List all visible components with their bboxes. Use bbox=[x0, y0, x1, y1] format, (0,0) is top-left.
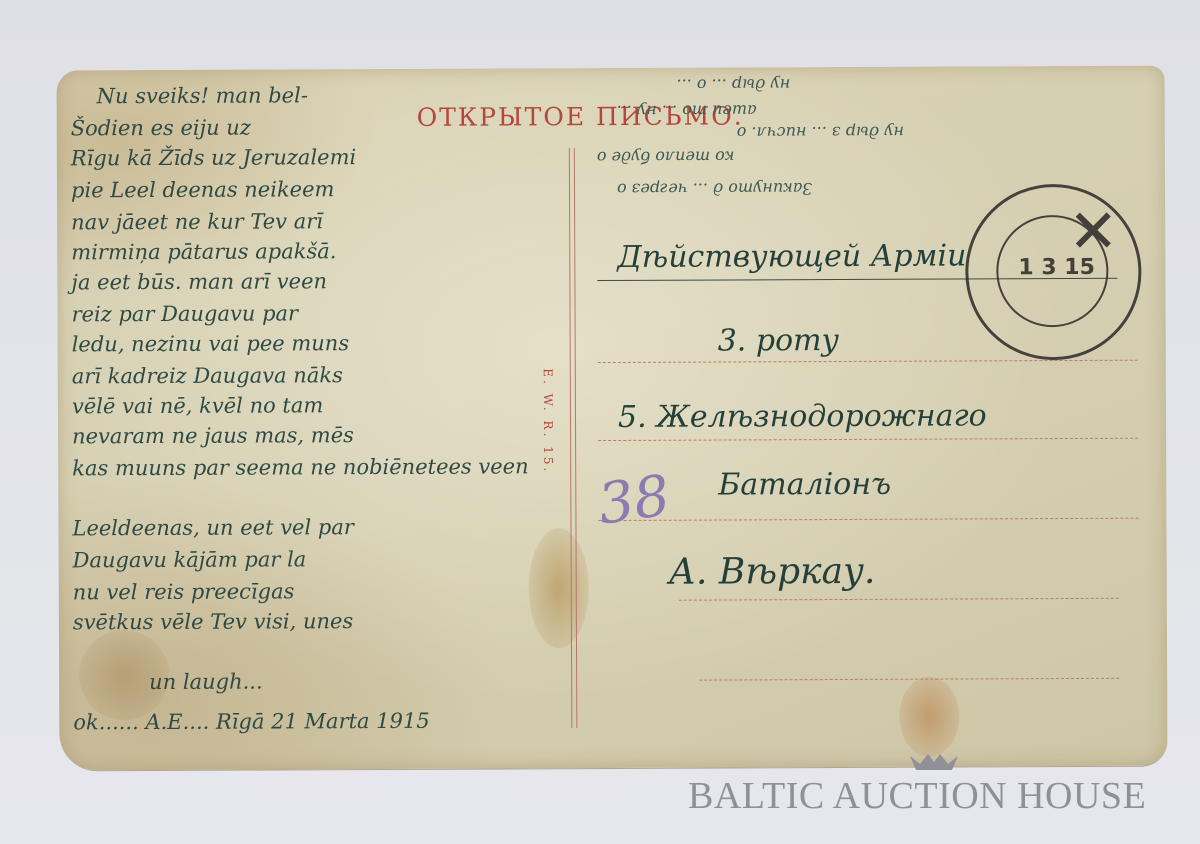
address-rule bbox=[699, 678, 1119, 681]
upside-down-line: ко тепло буде о bbox=[597, 147, 735, 167]
upside-down-line: Закинуто д ... чегрез о bbox=[617, 179, 812, 199]
crown-icon bbox=[908, 752, 960, 772]
message-line: vēlē vai nē, kvēl no tam bbox=[72, 393, 323, 418]
message-line: Leeldeenas, un eet vel par bbox=[72, 515, 353, 540]
message-line: Daugavu kājām par la bbox=[73, 547, 307, 572]
message-line: Šodien es eiju uz bbox=[71, 116, 251, 141]
pencil-annotation: 38 bbox=[594, 463, 674, 538]
message-line: ledu, nezinu vai pee muns bbox=[72, 331, 350, 356]
message-line: arī kadreiz Daugava nāks bbox=[72, 363, 343, 388]
watermark-text: BALTIC AUCTION HOUSE bbox=[688, 774, 1146, 818]
message-line: reiz par Daugavu par bbox=[71, 301, 298, 326]
message-line: nav jāeet ne kur Tev arī bbox=[71, 209, 323, 234]
postmark-stamp: ✕ 1 3 15 bbox=[965, 184, 1142, 361]
upside-down-line: ашеи то ... ну ... bbox=[617, 101, 757, 121]
message-line: svētkus vēle Tev visi, unes bbox=[73, 609, 353, 634]
address-line-3: 5. Желѣзнодорожнаго bbox=[618, 398, 987, 435]
address-line-2: 3. роту bbox=[718, 323, 839, 359]
address-line-5: А. Вѣркау. bbox=[669, 551, 876, 593]
address-rule bbox=[598, 360, 1138, 363]
address-rule bbox=[679, 598, 1119, 601]
message-line: ja eet būs. man arī veen bbox=[71, 269, 327, 294]
address-rule bbox=[598, 438, 1138, 441]
signature-line: ok...... A.E.... Rīgā 21 Marta 1915 bbox=[73, 709, 429, 735]
center-divider bbox=[569, 148, 578, 728]
message-line: nevaram ne jaus mas, mēs bbox=[72, 423, 354, 448]
address-line-1: Дѣйствующей Арміи bbox=[617, 238, 966, 275]
address-line-4: Баталіонъ bbox=[718, 467, 891, 503]
message-line: pie Leel deenas neikeem bbox=[71, 177, 335, 202]
upside-down-line: ну дыр ... о ... bbox=[677, 75, 791, 94]
message-line: Rīgu kā Žīds uz Jeruzalemi bbox=[71, 145, 356, 170]
message-line: un laugh... bbox=[149, 670, 263, 694]
rust-stain bbox=[899, 676, 959, 756]
message-line: mirmiņa pātarus apakšā. bbox=[71, 239, 336, 264]
address-rule bbox=[598, 518, 1138, 521]
printer-mark: E. W. R. 15. bbox=[541, 368, 555, 474]
postcard: ОТКРЫТОЕ ПИСЬМО. E. W. R. 15. Nu sveiks!… bbox=[56, 66, 1167, 771]
message-line: kas muuns par seema ne nobiēnetees veen bbox=[72, 454, 528, 480]
water-stain bbox=[528, 528, 589, 648]
upside-down-line: ну дыр з ... нисчл. о bbox=[737, 123, 904, 143]
message-line: nu vel reis preecīgas bbox=[73, 579, 295, 604]
message-line: Nu sveiks! man bel- bbox=[97, 83, 308, 108]
postmark-date: 1 3 15 bbox=[1018, 255, 1095, 280]
